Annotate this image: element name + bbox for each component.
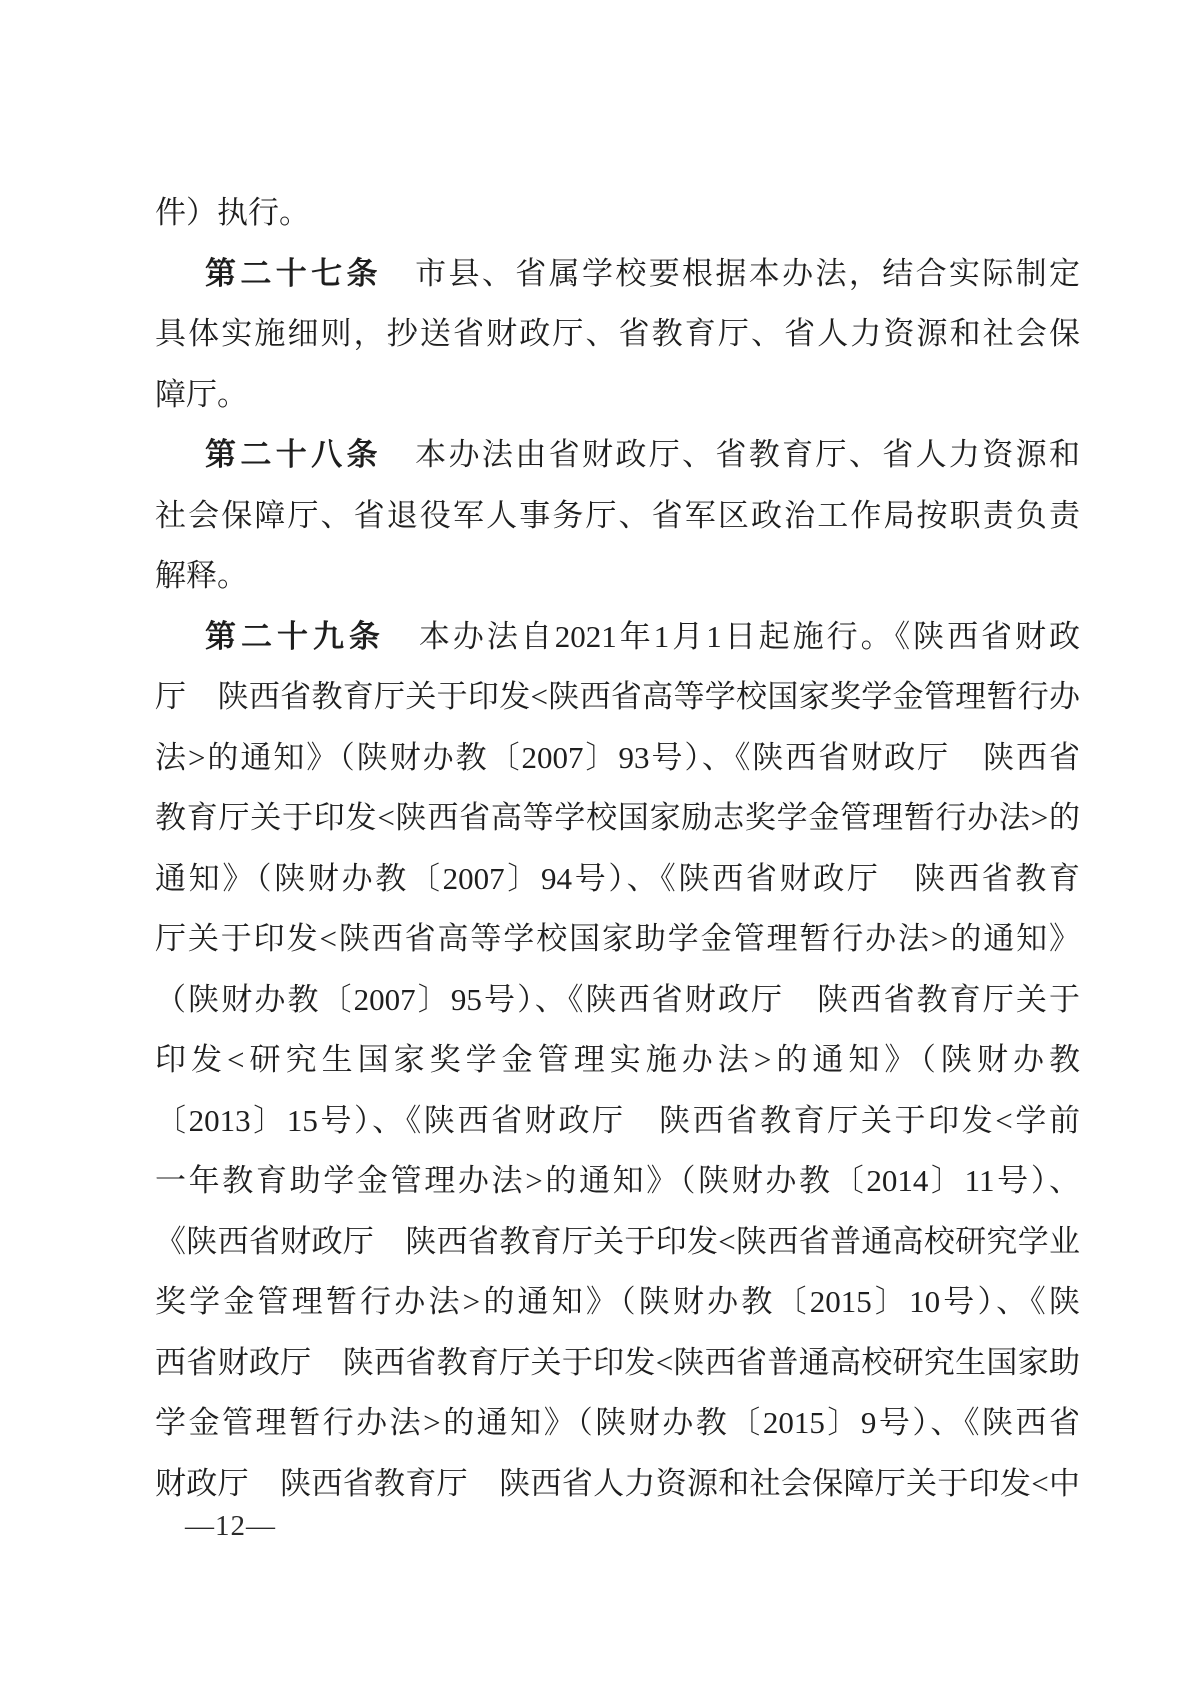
page-number: —12— bbox=[185, 1506, 276, 1546]
para-article-27: 第二十七条 市县、省属学校要根据本办法，结合实际制定具体实施细则，抄送省财政厅、… bbox=[155, 244, 1080, 426]
text-line: 件）执行。 bbox=[155, 183, 1080, 244]
text-line: 第二十七条 市县、省属学校要根据本办法，结合实际制定 bbox=[155, 244, 1080, 305]
text-line: 财政厅 陕西省教育厅 陕西省人力资源和社会保障厅关于印发<中 bbox=[155, 1454, 1080, 1515]
text-line: 学金管理暂行办法>的通知》（陕财办教〔2015〕9号）、《陕西省 bbox=[155, 1393, 1080, 1454]
article-number: 第二十九条 bbox=[205, 619, 385, 654]
text-line: 厅关于印发<陕西省高等学校国家助学金管理暂行办法>的通知》 bbox=[155, 909, 1080, 970]
text-line: （陕财办教〔2007〕95号）、《陕西省财政厅 陕西省教育厅关于 bbox=[155, 970, 1080, 1031]
text-line: 《陕西省财政厅 陕西省教育厅关于印发<陕西省普通高校研究学业 bbox=[155, 1212, 1080, 1273]
text-line: 社会保障厅、省退役军人事务厅、省军区政治工作局按职责负责 bbox=[155, 486, 1080, 547]
article-number: 第二十七条 bbox=[205, 256, 382, 291]
para-article-28: 第二十八条 本办法由省财政厅、省教育厅、省人力资源和社会保障厅、省退役军人事务厅… bbox=[155, 425, 1080, 607]
text-line: 厅 陕西省教育厅关于印发<陕西省高等学校国家奖学金管理暂行办 bbox=[155, 667, 1080, 728]
text-line: 西省财政厅 陕西省教育厅关于印发<陕西省普通高校研究生国家助 bbox=[155, 1333, 1080, 1394]
text-line: 法>的通知》（陕财办教〔2007〕93号）、《陕西省财政厅 陕西省 bbox=[155, 728, 1080, 789]
text-line: 第二十八条 本办法由省财政厅、省教育厅、省人力资源和 bbox=[155, 425, 1080, 486]
text-line: 教育厅关于印发<陕西省高等学校国家励志奖学金管理暂行办法>的 bbox=[155, 788, 1080, 849]
text-line: 〔2013〕15号）、《陕西省财政厅 陕西省教育厅关于印发<学前 bbox=[155, 1091, 1080, 1152]
para-continuation: 件）执行。 bbox=[155, 183, 1080, 244]
text-line: 印发<研究生国家奖学金管理实施办法>的通知》（陕财办教 bbox=[155, 1030, 1080, 1091]
document-page: 件）执行。第二十七条 市县、省属学校要根据本办法，结合实际制定具体实施细则，抄送… bbox=[0, 0, 1200, 1694]
text-line: 通知》（陕财办教〔2007〕94号）、《陕西省财政厅 陕西省教育 bbox=[155, 849, 1080, 910]
text-line: 解释。 bbox=[155, 546, 1080, 607]
para-article-29: 第二十九条 本办法自2021年1月1日起施行。《陕西省财政厅 陕西省教育厅关于印… bbox=[155, 607, 1080, 1515]
text-line: 障厅。 bbox=[155, 365, 1080, 426]
text-line: 一年教育助学金管理办法>的通知》（陕财办教〔2014〕11号）、 bbox=[155, 1151, 1080, 1212]
text-line: 第二十九条 本办法自2021年1月1日起施行。《陕西省财政 bbox=[155, 607, 1080, 668]
article-number: 第二十八条 bbox=[205, 437, 382, 472]
text-line: 具体实施细则，抄送省财政厅、省教育厅、省人力资源和社会保 bbox=[155, 304, 1080, 365]
text-line: 奖学金管理暂行办法>的通知》（陕财办教〔2015〕10号）、《陕 bbox=[155, 1272, 1080, 1333]
document-body: 件）执行。第二十七条 市县、省属学校要根据本办法，结合实际制定具体实施细则，抄送… bbox=[155, 183, 1080, 1514]
